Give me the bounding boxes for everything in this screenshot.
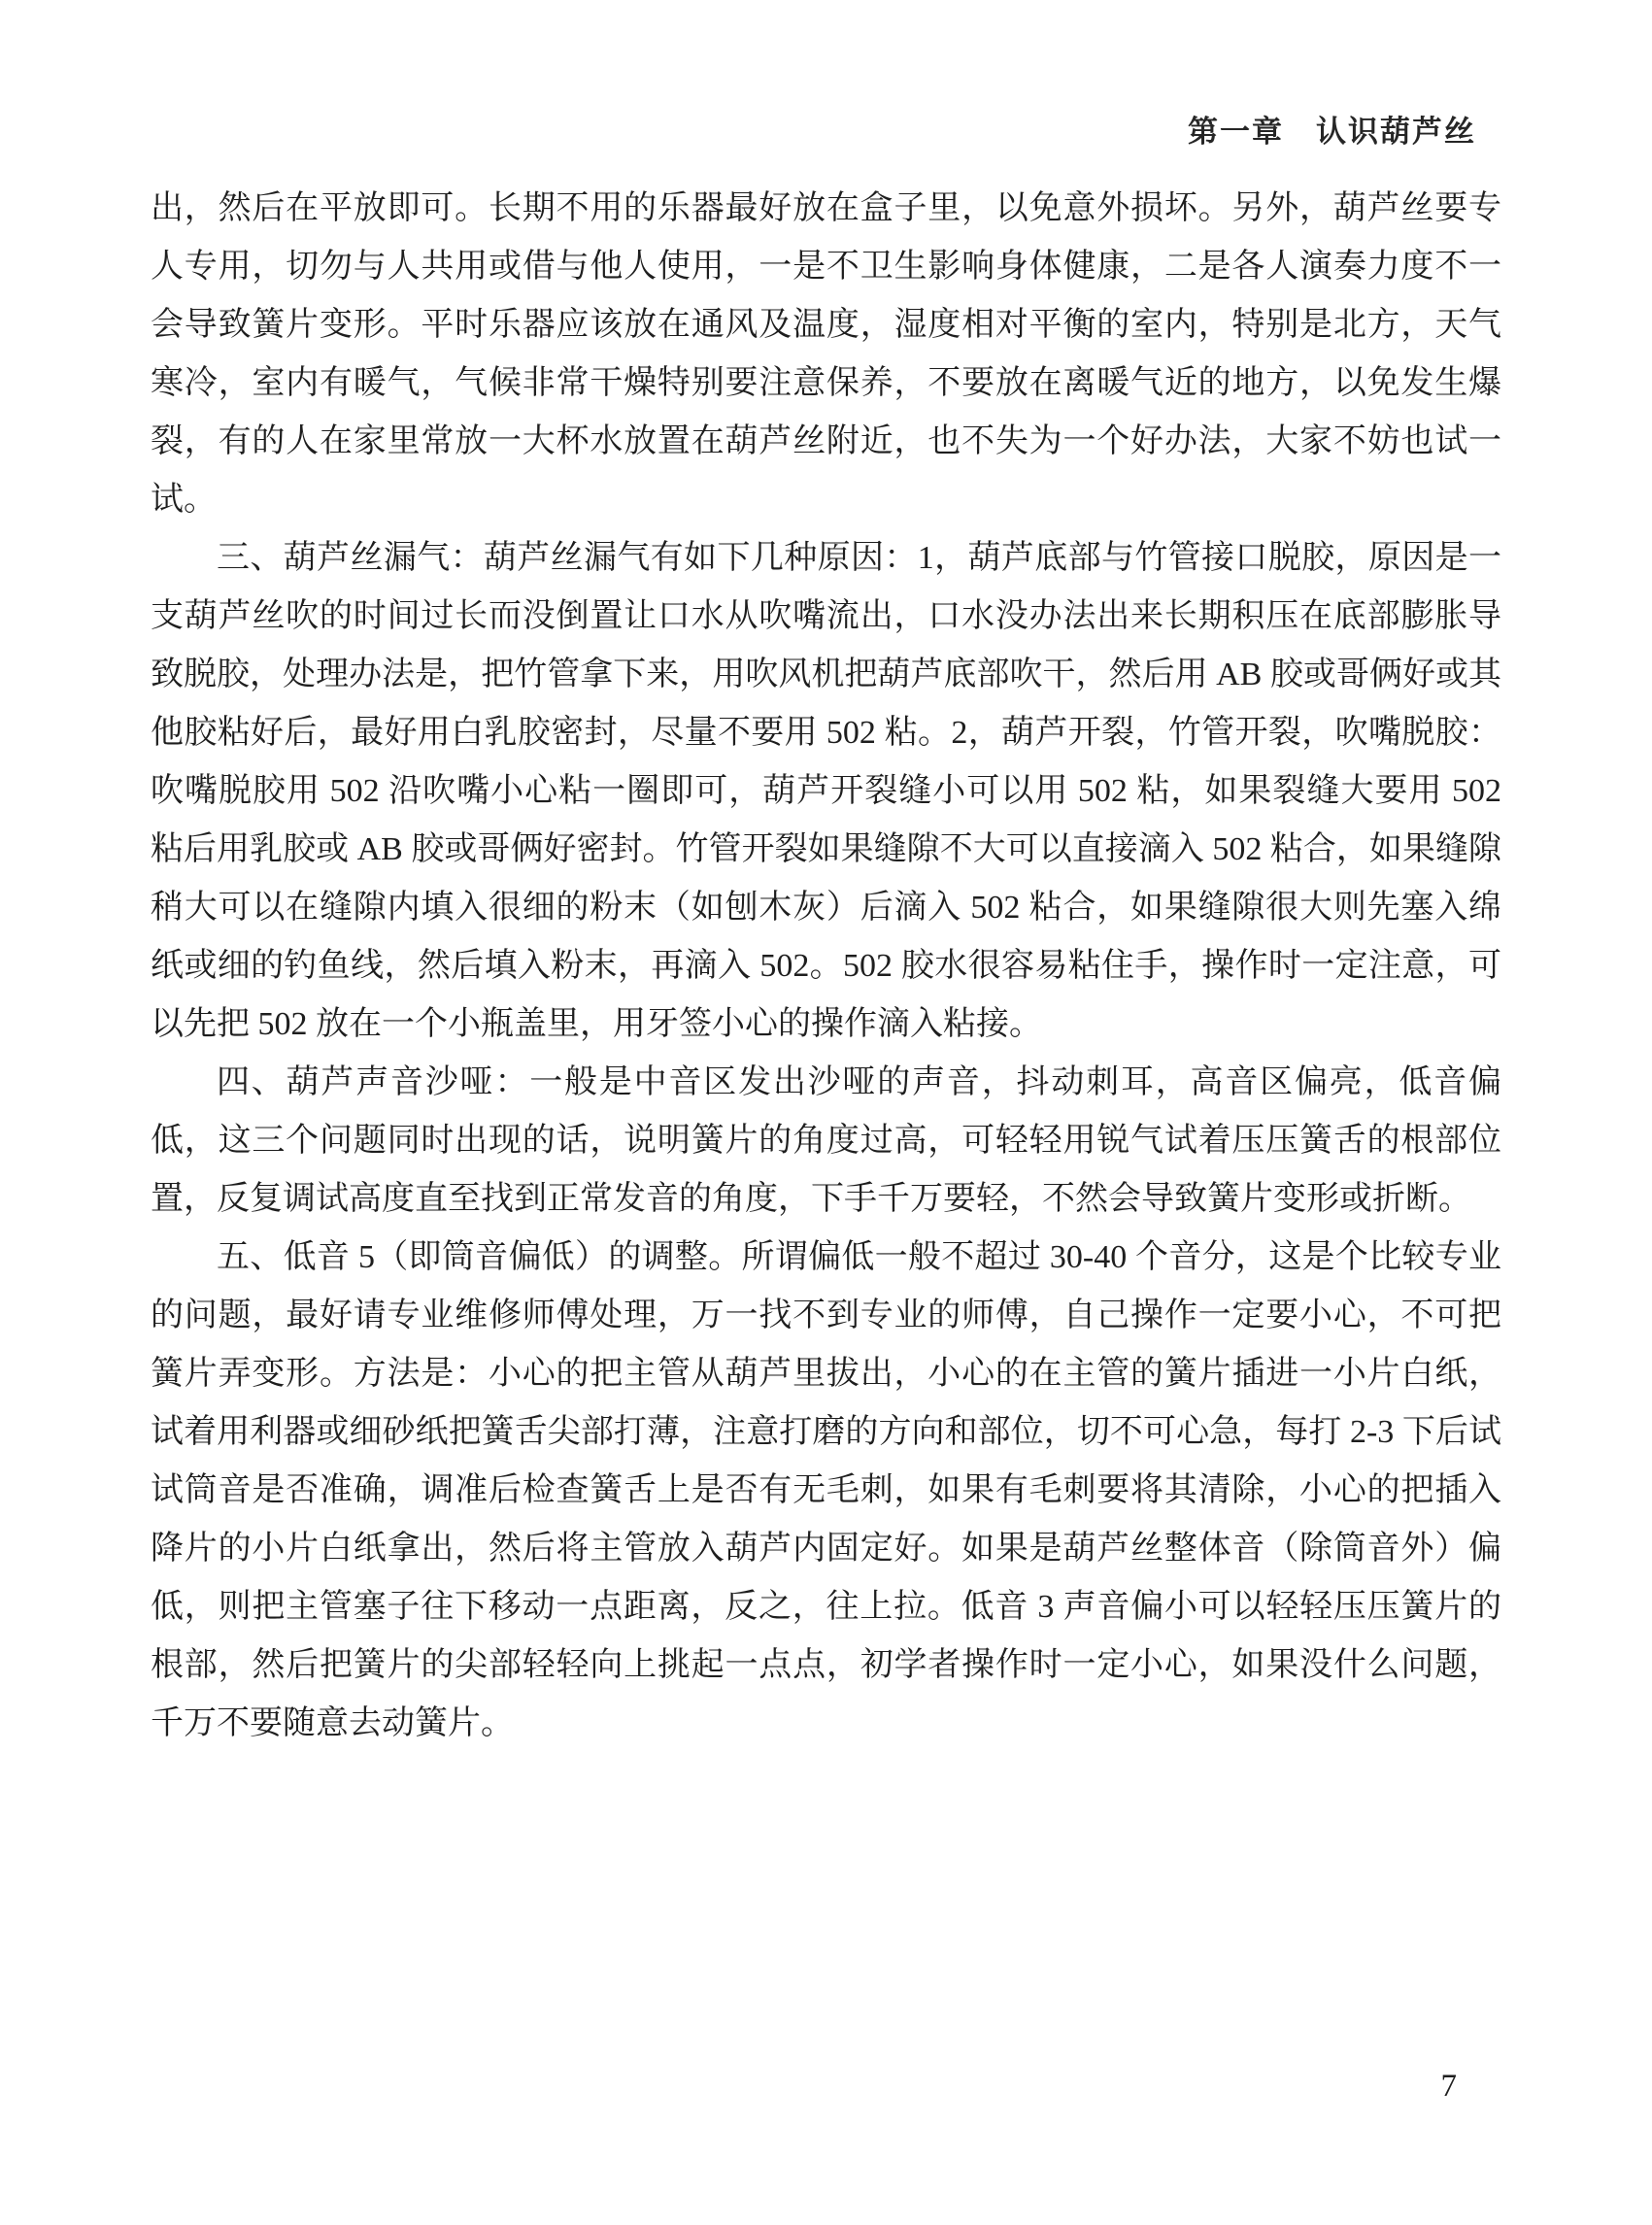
paragraph: 四、葫芦声音沙哑：一般是中音区发出沙哑的声音，抖动刺耳，高音区偏亮，低音偏低，这… [151,1054,1501,1229]
running-head-chapter-title: 第一章 认识葫芦丝 [1188,115,1476,150]
paragraph: 出，然后在平放即可。长期不用的乐器最好放在盒子里，以免意外损坏。另外，葫芦丝要专… [151,180,1501,529]
paragraph: 五、低音 5（即筒音偏低）的调整。所谓偏低一般不超过 30-40 个音分，这是个… [151,1229,1501,1753]
book-page: 第一章 认识葫芦丝 出，然后在平放即可。长期不用的乐器最好放在盒子里，以免意外损… [0,0,1652,2225]
page-number: 7 [1441,2067,1458,2106]
paragraph: 三、葫芦丝漏气：葫芦丝漏气有如下几种原因：1，葫芦底部与竹管接口脱胶，原因是一支… [151,529,1501,1054]
body-text: 出，然后在平放即可。长期不用的乐器最好放在盒子里，以免意外损坏。另外，葫芦丝要专… [151,180,1501,1753]
